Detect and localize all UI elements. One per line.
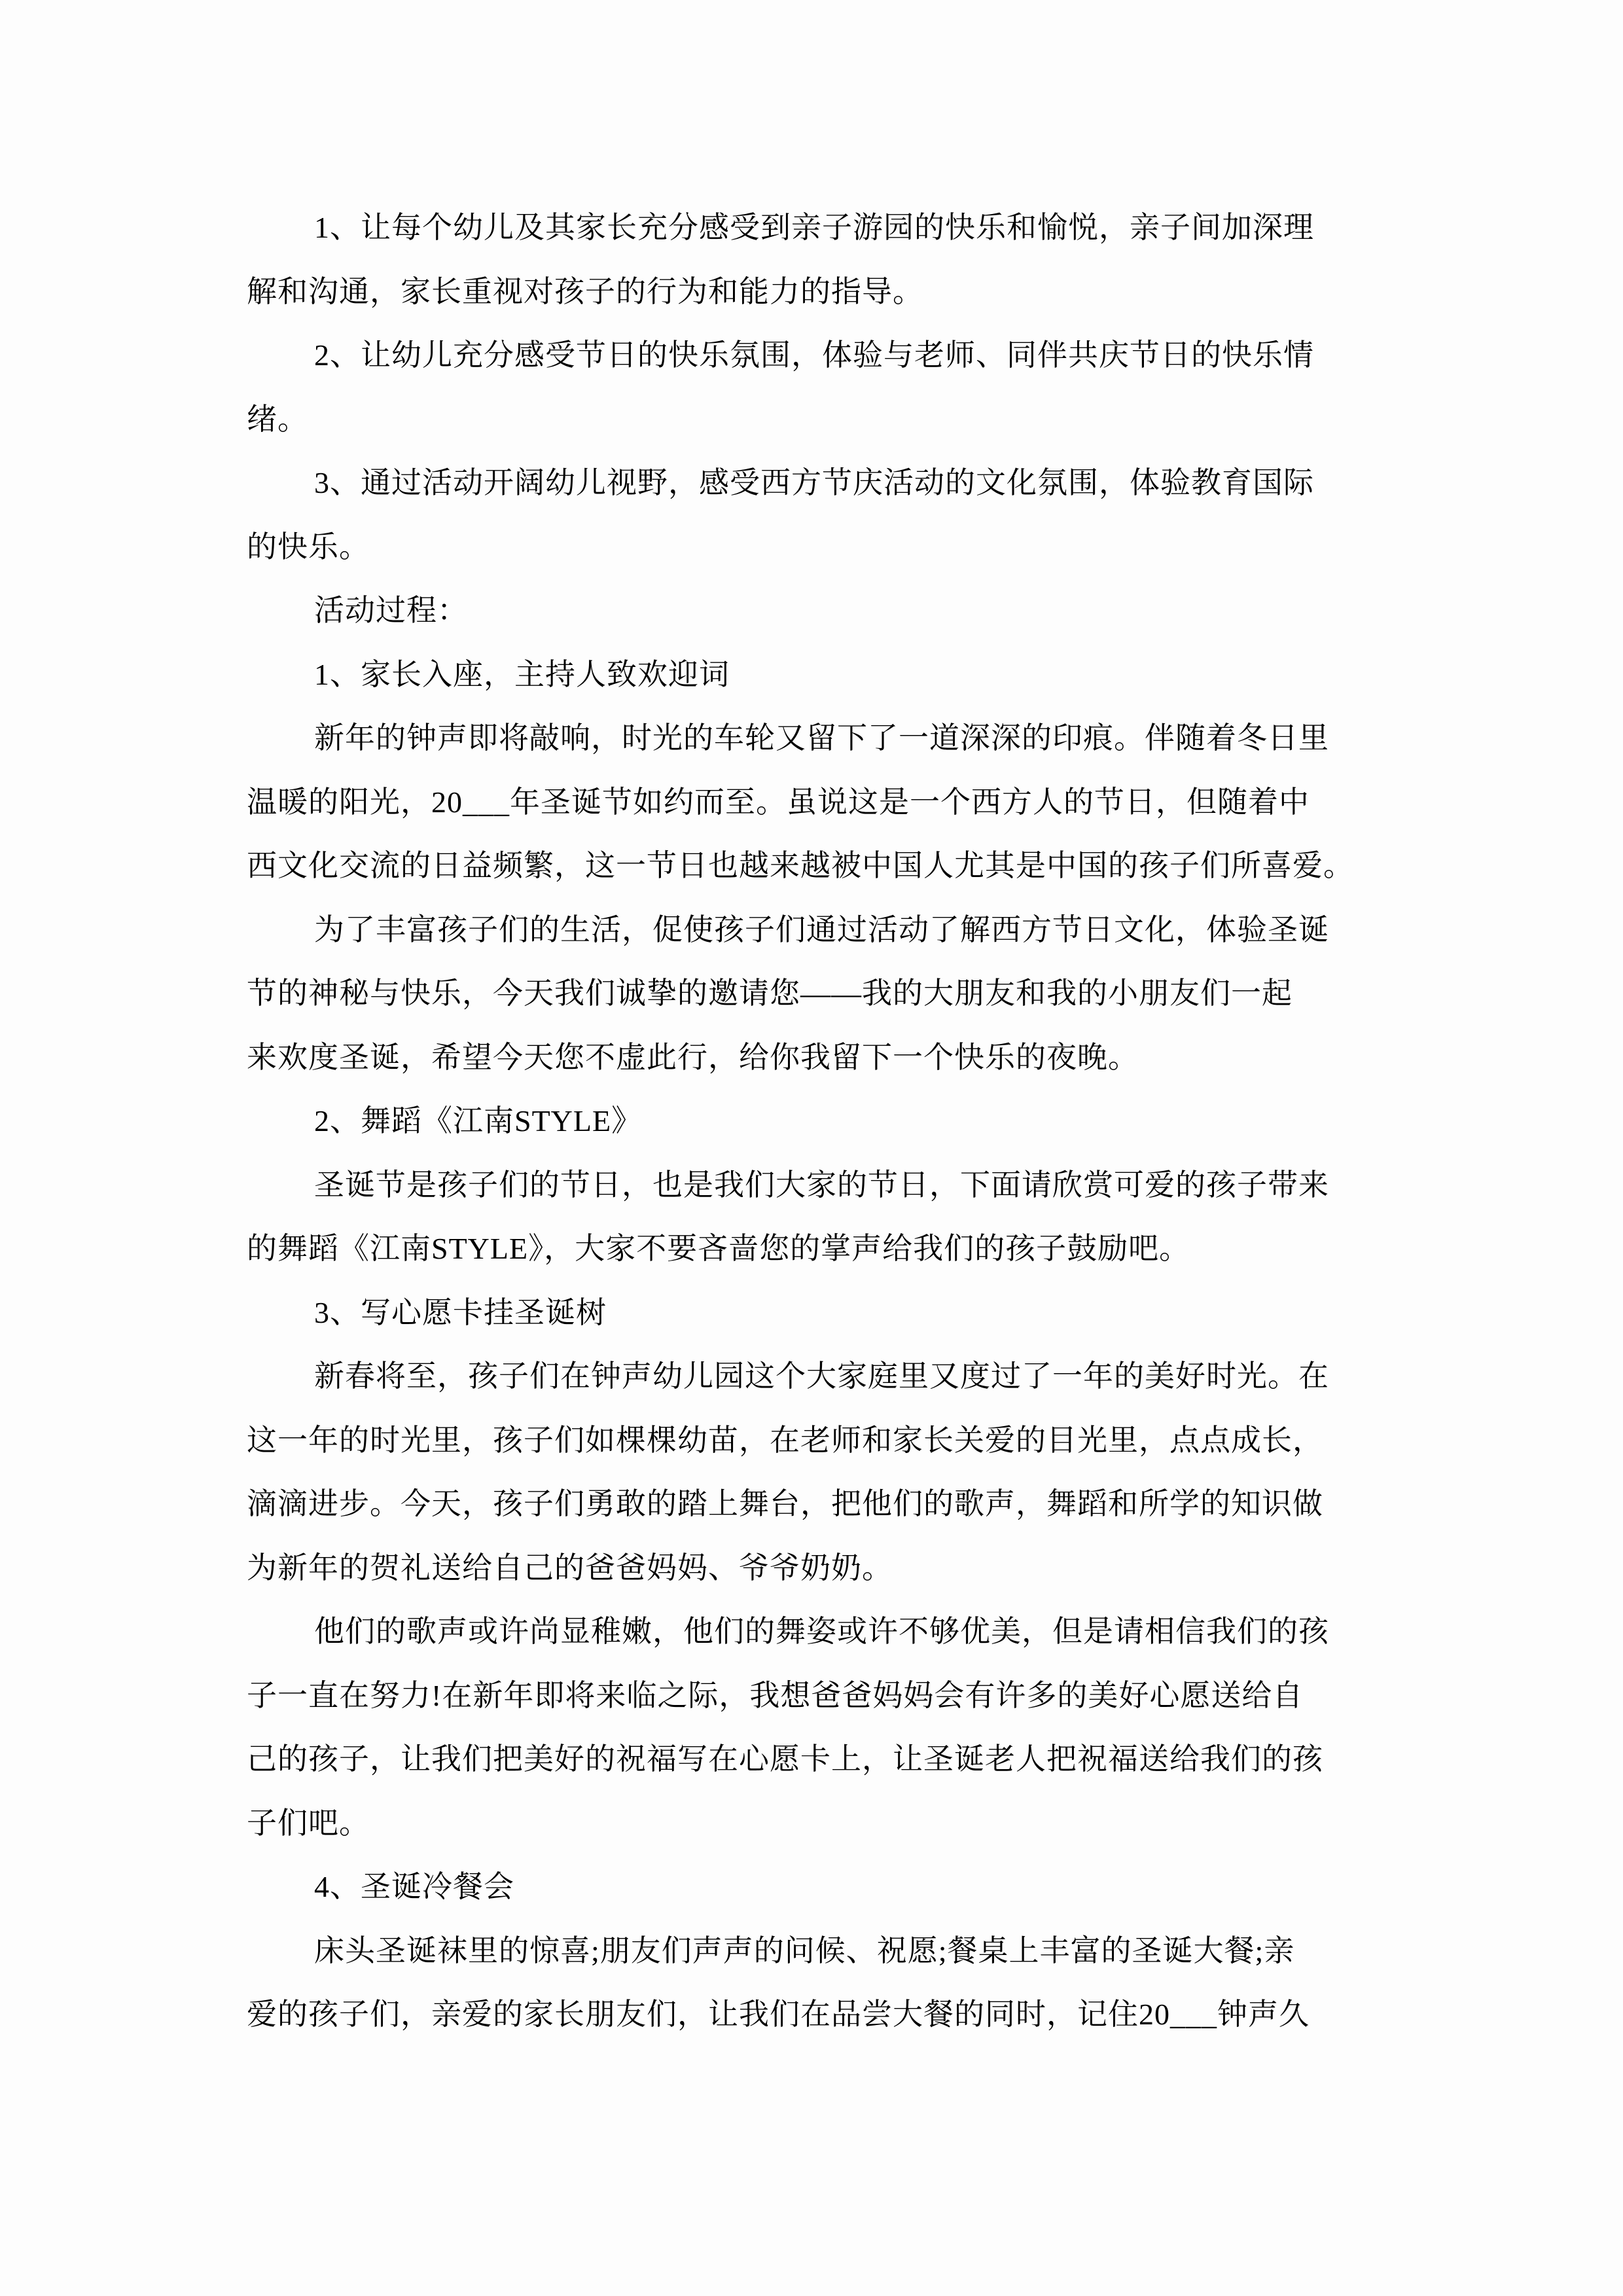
paragraph-line: 温暖的阳光，20___年圣诞节如约而至。虽说这是一个西方人的节日，但随着中 <box>247 781 1378 846</box>
paragraph-line: 节的神秘与快乐，今天我们诚挚的邀请您——我的大朋友和我的小朋友们一起 <box>247 973 1378 1037</box>
paragraph-line-goal-1-cont: 解和沟通，家长重视对孩子的行为和能力的指导。 <box>247 271 1378 335</box>
paragraph-line-goal-3-cont: 的快乐。 <box>247 526 1378 590</box>
paragraph-line-goal-1: 1、让每个幼儿及其家长充分感受到亲子游园的快乐和愉悦，亲子间加深理 <box>247 207 1378 271</box>
section-heading-process: 活动过程： <box>247 590 1378 654</box>
paragraph-line: 他们的歌声或许尚显稚嫩，他们的舞姿或许不够优美，但是请相信我们的孩 <box>247 1611 1378 1675</box>
paragraph-line: 床头圣诞袜里的惊喜;朋友们声声的问候、祝愿;餐桌上丰富的圣诞大餐;亲 <box>247 1930 1378 1994</box>
paragraph-line: 为了丰富孩子们的生活，促使孩子们通过活动了解西方节日文化，体验圣诞 <box>247 909 1378 973</box>
step-heading-4: 4、圣诞冷餐会 <box>247 1866 1378 1930</box>
paragraph-line-goal-2-cont: 绪。 <box>247 399 1378 463</box>
paragraph-line: 子一直在努力!在新年即将来临之际，我想爸爸妈妈会有许多的美好心愿送给自 <box>247 1675 1378 1739</box>
paragraph-line-goal-3: 3、通过活动开阔幼儿视野，感受西方节庆活动的文化氛围，体验教育国际 <box>247 462 1378 526</box>
step-heading-1: 1、家长入座，主持人致欢迎词 <box>247 654 1378 718</box>
paragraph-line: 己的孩子，让我们把美好的祝福写在心愿卡上，让圣诞老人把祝福送给我们的孩 <box>247 1738 1378 1803</box>
paragraph-line: 子们吧。 <box>247 1803 1378 1867</box>
document-page: 1、让每个幼儿及其家长充分感受到亲子游园的快乐和愉悦，亲子间加深理 解和沟通，家… <box>0 0 1623 2296</box>
paragraph-line: 来欢度圣诞，希望今天您不虚此行，给你我留下一个快乐的夜晚。 <box>247 1037 1378 1101</box>
paragraph-line: 爱的孩子们，亲爱的家长朋友们，让我们在品尝大餐的同时，记住20___钟声久 <box>247 1994 1378 2058</box>
document-body: 1、让每个幼儿及其家长充分感受到亲子游园的快乐和愉悦，亲子间加深理 解和沟通，家… <box>247 207 1378 2058</box>
paragraph-line: 新年的钟声即将敲响，时光的车轮又留下了一道深深的印痕。伴随着冬日里 <box>247 717 1378 781</box>
paragraph-line: 圣诞节是孩子们的节日，也是我们大家的节日，下面请欣赏可爱的孩子带来 <box>247 1164 1378 1229</box>
paragraph-line: 新春将至，孩子们在钟声幼儿园这个大家庭里又度过了一年的美好时光。在 <box>247 1355 1378 1420</box>
paragraph-line: 为新年的贺礼送给自己的爸爸妈妈、爷爷奶奶。 <box>247 1547 1378 1611</box>
paragraph-line: 的舞蹈《江南STYLE》，大家不要吝啬您的掌声给我们的孩子鼓励吧。 <box>247 1228 1378 1292</box>
paragraph-line: 这一年的时光里，孩子们如棵棵幼苗，在老师和家长关爱的目光里，点点成长， <box>247 1420 1378 1484</box>
paragraph-line: 西文化交流的日益频繁，这一节日也越来越被中国人尤其是中国的孩子们所喜爱。 <box>247 845 1378 909</box>
step-heading-3: 3、写心愿卡挂圣诞树 <box>247 1292 1378 1356</box>
step-heading-2: 2、舞蹈《江南STYLE》 <box>247 1100 1378 1164</box>
paragraph-line-goal-2: 2、让幼儿充分感受节日的快乐氛围，体验与老师、同伴共庆节日的快乐情 <box>247 334 1378 399</box>
paragraph-line: 滴滴进步。今天，孩子们勇敢的踏上舞台，把他们的歌声，舞蹈和所学的知识做 <box>247 1483 1378 1547</box>
